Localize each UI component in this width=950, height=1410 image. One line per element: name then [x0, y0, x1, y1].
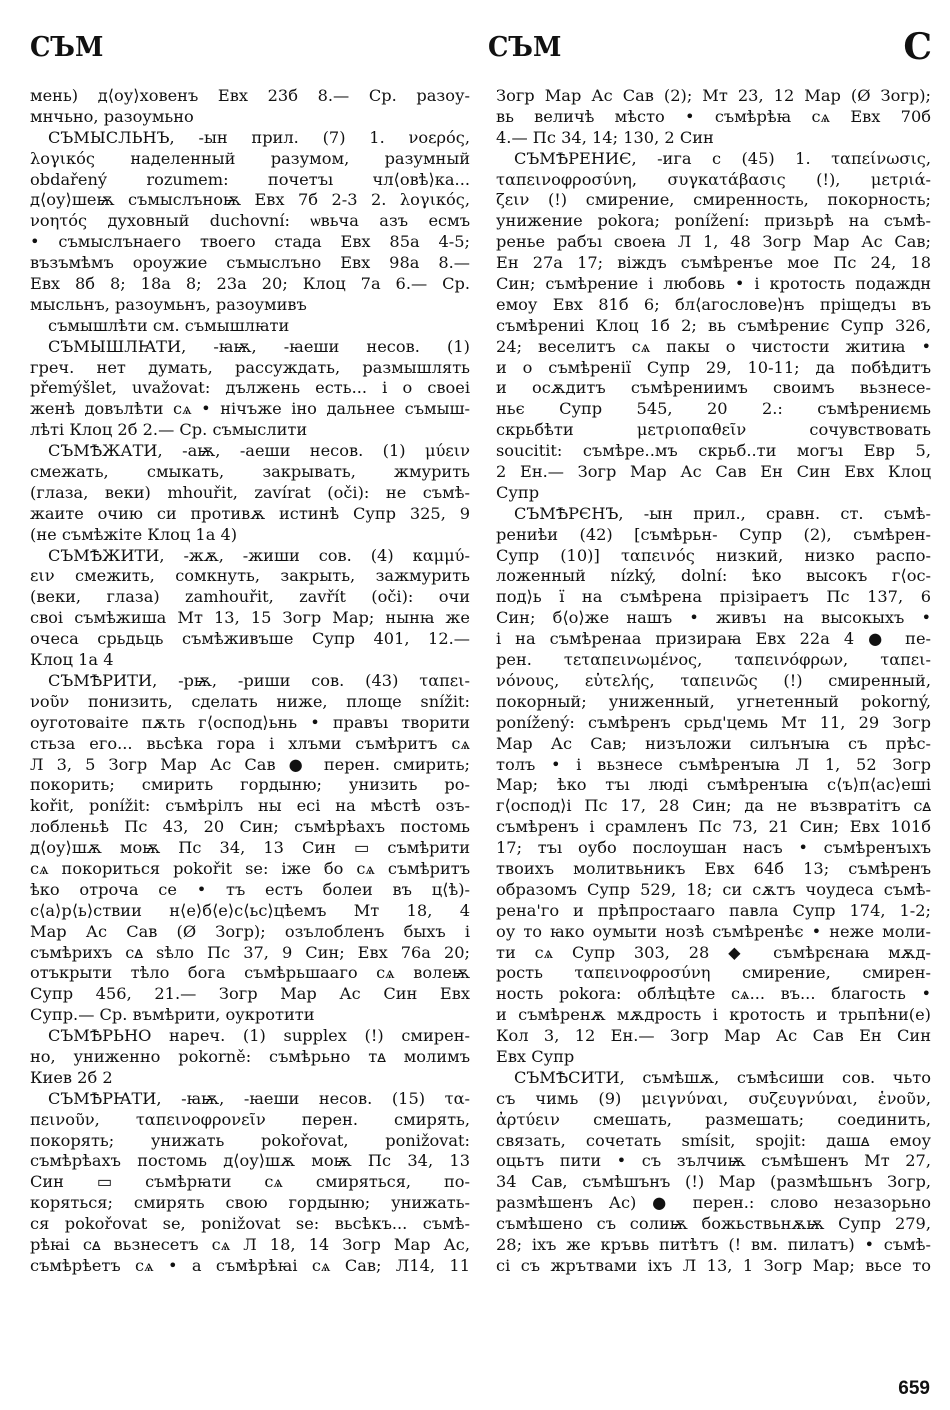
text-line: ζειν (!) смирение, смиренность, покорнос… — [496, 190, 931, 211]
entry-headword-line: СЪМѢРꙖТИ, -ꙗѭ, -ꙗеши несов. (15) τα- — [30, 1089, 470, 1110]
text-line: Л 3, 5 Зогр Мар Ас Сав ● перен. смирить; — [30, 755, 470, 776]
text-line: νοῦν понизить, сделать ниже, площе sníži… — [30, 692, 470, 713]
text-line: πεινοῦν, ταπεινοφρονεῖν перен. смирять, — [30, 1110, 470, 1131]
text-line: • съмыслънаего твоего стада Евх 85а 4-5; — [30, 232, 470, 253]
left-column: мень) д⟨оу⟩ховенъ Евх 23б 8.— Ср. разоу-… — [30, 86, 470, 1277]
text-line: д⟨оу⟩шѫ моѭ Пс 34, 13 Син ▭ съмѣрити — [30, 838, 470, 859]
text-line: 24; веселитъ сѧ пакы о чистости житиꙗ • — [496, 337, 931, 358]
text-line: ἀρτύειν смешать, размешать; соединить, — [496, 1110, 931, 1131]
text-line: Ен 27а 17; віждъ съмѣренъе мое Пс 24, 18 — [496, 253, 931, 274]
text-line: толъ • і вьзнесе съмѣренꙑꙗ Л 1, 52 Зогр — [496, 755, 931, 776]
entry-headword-line: СЪМѢЖАТИ, -аѭ, -аеши несов. (1) μύειν — [30, 441, 470, 462]
entry-headword-line: съмышлѣти см. съмышлꙗти — [30, 316, 470, 337]
text-line: покорить; смирить гордыню; унизить po- — [30, 775, 470, 796]
text-line: Син; съмѣрение і любовь • і кротость под… — [496, 274, 931, 295]
text-line: лобленьѣ Пс 43, 20 Син; съмѣрѣахъ постом… — [30, 817, 470, 838]
page-number: 659 — [898, 1378, 930, 1400]
text-line: съмѣрихъ сꙙ ѕѣло Пс 37, 9 Син; Евх 76а 2… — [30, 943, 470, 964]
text-line: под⟩ь ї на съмѣрена прізіраетъ Пс 137, 6 — [496, 587, 931, 608]
text-line: Супр 456, 21.— Зогр Мар Ас Син Евх — [30, 984, 470, 1005]
text-line: Мар; ѣко тъı люді съмѣренꙑꙗ с⟨ъ⟩п⟨ас⟩еші — [496, 775, 931, 796]
text-line: г⟨оспод⟩і Пс 17, 28 Син; да не възвратіт… — [496, 796, 931, 817]
text-line: λογικός наделенный разумом, разумный — [30, 149, 470, 170]
text-line: (веки, глаза) zamhouřit, zavřít (oči): о… — [30, 587, 470, 608]
text-line: Син; б⟨о⟩же нашъ • живъı на высокыхъ • — [496, 608, 931, 629]
text-line: рениѣи (42) [съмѣрьн- Супр (2), съмѣрен- — [496, 525, 931, 546]
text-line: Супр (10)] ταπεινός низкий, низко распо- — [496, 546, 931, 567]
text-line: сі съ жрътвами іхъ Л 13, 1 Зогр Мар; вьс… — [496, 1256, 931, 1277]
text-line: и осѫдитъ съмѣрениимъ своимъ вьзнесе- — [496, 378, 931, 399]
text-line: 28; іхъ же кръвь питѣтъ (! вм. пилатъ) •… — [496, 1235, 931, 1256]
text-line: Клоц 1а 4 — [30, 650, 470, 671]
text-line: 34 Сав, съмѣшънъ (!) Мар (размѣшьнъ Зогр… — [496, 1172, 931, 1193]
text-line: рость ταπεινοφροσύνη смирение, смирен- — [496, 963, 931, 984]
text-line: мень) д⟨оу⟩ховенъ Евх 23б 8.— Ср. разоу- — [30, 86, 470, 107]
entry-headword-line: СЪМѢРЬНО нареч. (1) supplex (!) смирен- — [30, 1026, 470, 1047]
text-line: емоу Евх 81б 6; бл⟨агослове⟩нъ пріщедъı … — [496, 295, 931, 316]
text-line: оуготоваіте пѫть г⟨оспод⟩ьнь • правъı тв… — [30, 713, 470, 734]
text-line: Син ▭ съмѣрꙗти сѧ смиряться, по- — [30, 1172, 470, 1193]
text-line: 2 Ен.— Зогр Мар Ас Сав Ен Син Евх Клоц — [496, 462, 931, 483]
text-line: съмѣрѣетъ сѧ • а съмѣрѣꙗі сѧ Сав; Л14, 1… — [30, 1256, 470, 1277]
text-line: přemýšlet, uvažovat: дължень есть... і о… — [30, 378, 470, 399]
entry-headword-line: СЪМЫШЛꙖТИ, -ꙗѭ, -ꙗеши несов. (1) — [30, 337, 470, 358]
text-line: сѧ покориться pokořit se: іже бо сѧ съмѣ… — [30, 859, 470, 880]
center-guide-word: СЪМ — [488, 32, 561, 63]
text-line: рена'го и прѣпростааго павла Супр 174, 1… — [496, 901, 931, 922]
text-line: рен. τεταπεινωμένος, ταπεινόφρων, ταπει- — [496, 650, 931, 671]
text-line: скрьбѣти μετριοπαθεῖν сочувствовать — [496, 420, 931, 441]
text-line: (глаза, веки) mhouřit, zavírat (oči): не… — [30, 483, 470, 504]
text-line: но, униженно pokorně: съмѣрьно тꙙ молимъ — [30, 1047, 470, 1068]
text-line: Кол 3, 12 Ен.— Зогр Мар Ас Сав Ен Син — [496, 1026, 931, 1047]
entry-headword-line: СЪМѢРЄНЪ, -ын прил., сравн. ст. съмѣ- — [496, 504, 931, 525]
text-line: смежать, смыкать, закрывать, жмурить — [30, 462, 470, 483]
entry-headword-line: СЪМѢЖИТИ, -жѫ, -жиши сов. (4) καμμύ- — [30, 546, 470, 567]
text-line: образомъ Супр 529, 18; си сѫтъ чоудеса с… — [496, 880, 931, 901]
text-line: оу то ꙗко оумыти нозѣ съмѣренѣє • неже м… — [496, 922, 931, 943]
text-line: Евх Супр — [496, 1047, 931, 1068]
text-line: с⟨а⟩р⟨ь⟩ствии н⟨е⟩б⟨е⟩с⟨ьс⟩цѣемъ Мт 18, … — [30, 901, 470, 922]
text-line: размѣшенъ Ас) ● перен.: слово незазорьно — [496, 1193, 931, 1214]
text-line: покорять; унижать pokořovat, ponižovat: — [30, 1131, 470, 1152]
text-line: Супр.— Ср. въмѣрити, оукротити — [30, 1005, 470, 1026]
text-line: мысльнъ, разоумьнъ, разоумивъ — [30, 295, 470, 316]
text-line: стьза его... вьсѣка гора і хлъми съмѣрит… — [30, 734, 470, 755]
text-line: ειν смежить, сомкнуть, закрыть, зажмурит… — [30, 566, 470, 587]
text-line: покорный; униженный, угнетенный pokorný, — [496, 692, 931, 713]
text-line: ти сѧ Супр 303, 28 ◆ съмѣрєнаꙗ мѫд- — [496, 943, 931, 964]
right-column: Зогр Мар Ас Сав (2); Мт 23, 12 Мар (Ø Зо… — [496, 86, 931, 1277]
text-line: оцьтъ пити • съ зълчиѭ съмѣшенъ Мт 27, — [496, 1151, 931, 1172]
text-line: възъмѣмъ ороужие съмыслъно Евх 98а 8.— — [30, 253, 470, 274]
text-line: νόνους, εὐτελής, ταπεινῶς (!) смиренный, — [496, 671, 931, 692]
text-line: ньє Супр 545, 20 2.: съмѣрениємь — [496, 399, 931, 420]
text-line: очеса срьдьць съмѣживъше Супр 401, 12.— — [30, 629, 470, 650]
text-line: вь величѣ мѣсто • съмѣрѣꙗ сѧ Евх 70б — [496, 107, 931, 128]
text-line: мнчьно, разоумьно — [30, 107, 470, 128]
entry-headword-line: СЪМѢСИТИ, съмѣшѫ, съмѣсиши сов. чьто — [496, 1068, 931, 1089]
text-line: ложенный nízký, dolní: ѣко высокъ г⟨ос- — [496, 566, 931, 587]
text-line: (не съмѣжіте Клоц 1а 4) — [30, 525, 470, 546]
text-line: унижение pokora; ponížení: призьрѣ на съ… — [496, 211, 931, 232]
text-line: и о съмѣренії Супр 29, 10-11; да побѣдит… — [496, 358, 931, 379]
text-line: твоихъ молитвьникъ Евх 64б 13; съмѣренъ — [496, 859, 931, 880]
text-line: съ чимь (9) μειγνύναι, συζευγνύναι, ἑνοῦ… — [496, 1089, 931, 1110]
text-line: Зогр Мар Ас Сав (2); Мт 23, 12 Мар (Ø Зо… — [496, 86, 931, 107]
text-line: д⟨оу⟩шеѭ съмыслъноѭ Евх 7б 2-3 2. λογικό… — [30, 190, 470, 211]
text-line: Мар Ас Сав (Ø Зогр); озълобленъ быхъ і — [30, 922, 470, 943]
text-line: Супр — [496, 483, 931, 504]
text-line: съмѣрѣахъ постомь д⟨оу⟩шѫ моѭ Пс 34, 13 — [30, 1151, 470, 1172]
text-line: 17; тъı оубо послоушан насъ • съмѣренъıх… — [496, 838, 931, 859]
section-letter: С — [903, 26, 932, 68]
text-line: ность pokora: облѣцѣте сѧ... въ... благо… — [496, 984, 931, 1005]
text-line: ѣко отроча се • тъ естъ болеи въ ц⟨ѣ)- — [30, 880, 470, 901]
text-line: Киев 2б 2 — [30, 1068, 470, 1089]
text-line: отъкрыти тѣло бога съмѣрьшааго сѧ волеѭ — [30, 963, 470, 984]
text-line: ся pokořovat se, ponižovat se: вьсѣкъ...… — [30, 1214, 470, 1235]
text-line: ταπεινοφροσύνη, συγκατάβασις (!), μετριά… — [496, 170, 931, 191]
text-line: 4.— Пс 34, 14; 130, 2 Син — [496, 128, 931, 149]
left-guide-word: СЪМ — [30, 32, 103, 63]
text-line: soucitit: съмѣре..мъ скрьб..ти могъı Евр… — [496, 441, 931, 462]
text-line: Мар Ас Сав; низъложи силънꙑꙗ съ прѣс- — [496, 734, 931, 755]
text-line: ренье рабъı своеꙗ Л 1, 48 Зогр Мар Ас Са… — [496, 232, 931, 253]
text-line: и съмѣренѫ мѫдрость і кротость и трьпѣни… — [496, 1005, 931, 1026]
text-line: і на съмѣренаа призираꙗ Евх 22а 4 ● пе- — [496, 629, 931, 650]
text-line: νοητός духовный duchovní: ѡвьча азъ есмъ — [30, 211, 470, 232]
text-line: коряться; смирять свою гордыню; унижать- — [30, 1193, 470, 1214]
entry-headword-line: СЪМЫСЛЬНЪ, -ын прил. (7) 1. νοερός, — [30, 128, 470, 149]
entry-headword-line: СЪМѢРИТИ, -рѭ, -риши сов. (43) ταπει- — [30, 671, 470, 692]
text-line: ponížený: съмѣренъ срьд'цемь Мт 11, 29 З… — [496, 713, 931, 734]
entry-headword-line: СЪМѢРЕНИЄ, -ига с (45) 1. ταπείνωσις, — [496, 149, 931, 170]
text-line: греч. нет думать, рассуждать, размышлять — [30, 358, 470, 379]
text-line: kořit, ponížit: съмѣрілъ ны есі на мѣстѣ… — [30, 796, 470, 817]
text-line: жаите очию си противѫ истинѣ Супр 325, 9 — [30, 504, 470, 525]
text-line: Евх 8б 8; 18а 8; 23а 20; Клоц 7а 6.— Ср. — [30, 274, 470, 295]
text-line: съмѣрениі Клоц 1б 2; вь съмѣрениє Супр 3… — [496, 316, 931, 337]
text-line: obdařený rozumem: почетъı чл⟨овѣ⟩ка... — [30, 170, 470, 191]
text-line: рѣꙗі сꙙ вьзнесетъ сѧ Л 18, 14 Зогр Мар А… — [30, 1235, 470, 1256]
text-line: своі съмѣжиша Мт 13, 15 Зогр Мар; нынꙗ ж… — [30, 608, 470, 629]
running-header: СЪМ СЪМ С — [0, 28, 950, 68]
text-line: лѣті Клоц 2б 2.— Ср. съмыслити — [30, 420, 470, 441]
text-line: съмѣшено съ солиѭ божьствьнѫѭ Супр 279, — [496, 1214, 931, 1235]
text-line: съмѣренъ і срамленъ Пс 73, 21 Син; Евх 1… — [496, 817, 931, 838]
text-line: женѣ довълѣти сѧ • нічъже іно дальнее съ… — [30, 399, 470, 420]
text-line: связать, сочетать smísit, spojit: дашꙙ е… — [496, 1131, 931, 1152]
